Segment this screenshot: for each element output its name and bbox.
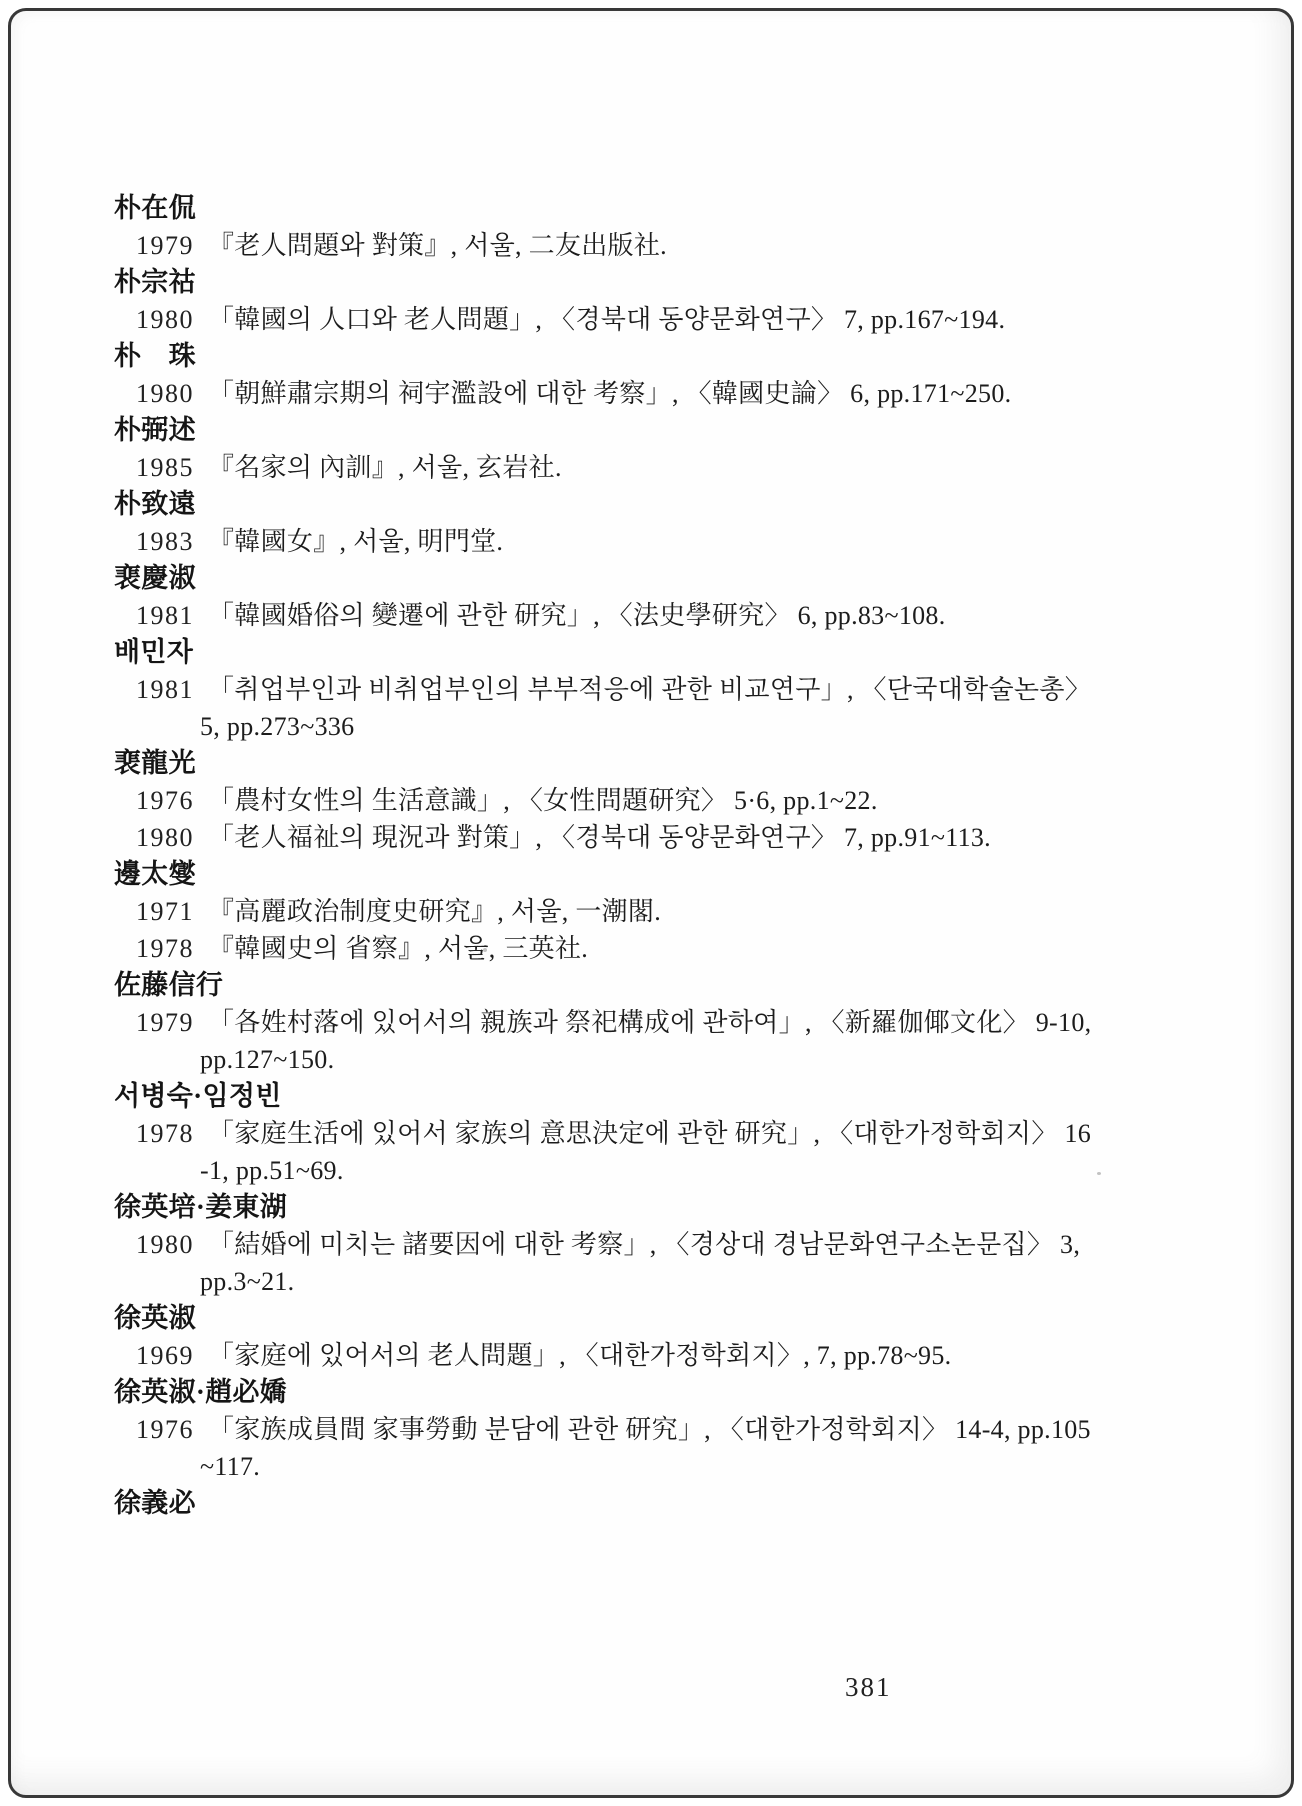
work-continuation-line: ~117. xyxy=(0,1448,1302,1485)
bibliography-entry: 朴在侃1979『老人問題와 對策』, 서울, 二友出版社. xyxy=(0,190,1302,264)
publication-year: 1979 xyxy=(136,1004,194,1041)
author-name: 朴在侃 xyxy=(0,190,1302,227)
publication-text: 「韓國婚俗의 變遷에 관한 研究」, 〈法史學研究〉 6, pp.83~108. xyxy=(208,601,946,630)
author-name: 徐英淑·趙必嬌 xyxy=(0,1374,1302,1411)
author-name: 朴宗祜 xyxy=(0,264,1302,301)
publication-text: 「老人福祉의 現況과 對策」, 〈경북대 동양문화연구〉 7, pp.91~11… xyxy=(208,823,991,852)
work-line: 1983『韓國女』, 서울, 明門堂. xyxy=(0,523,1302,560)
publication-text: 『老人問題와 對策』, 서울, 二友出版社. xyxy=(208,231,667,260)
publication-text-continued: 5, pp.273~336 xyxy=(200,712,354,741)
bibliography-entry: 徐義必 xyxy=(0,1485,1302,1522)
publication-text-continued: pp.3~21. xyxy=(200,1267,294,1296)
bibliography-entry: 朴 珠1980「朝鮮肅宗期의 祠宇濫設에 대한 考察」, 〈韓國史論〉 6, p… xyxy=(0,338,1302,412)
publication-text: 「韓國의 人口와 老人問題」, 〈경북대 동양문화연구〉 7, pp.167~1… xyxy=(208,305,1005,334)
work-line: 1978「家庭生活에 있어서 家族의 意思決定에 관한 研究」, 〈대한가정학회… xyxy=(0,1115,1302,1152)
work-continuation-line: -1, pp.51~69. xyxy=(0,1152,1302,1189)
publication-text: 「家庭生活에 있어서 家族의 意思決定에 관한 研究」, 〈대한가정학회지〉 1… xyxy=(208,1119,1091,1148)
publication-year: 1983 xyxy=(136,523,194,560)
publication-text: 「취업부인과 비취업부인의 부부적응에 관한 비교연구」, 〈단국대학술논총〉 xyxy=(208,675,1091,704)
work-line: 1981「취업부인과 비취업부인의 부부적응에 관한 비교연구」, 〈단국대학술… xyxy=(0,671,1302,708)
bibliography-entry: 裵慶淑1981「韓國婚俗의 變遷에 관한 研究」, 〈法史學研究〉 6, pp.… xyxy=(0,560,1302,634)
author-name: 裵慶淑 xyxy=(0,560,1302,597)
bibliography-entry: 朴弼述1985『名家의 內訓』, 서울, 玄岩社. xyxy=(0,412,1302,486)
work-line: 1976「農村女性의 生活意識」, 〈女性問題研究〉 5·6, pp.1~22. xyxy=(0,782,1302,819)
bibliography-entry: 裵龍光1976「農村女性의 生活意識」, 〈女性問題研究〉 5·6, pp.1~… xyxy=(0,745,1302,856)
work-line: 1981「韓國婚俗의 變遷에 관한 研究」, 〈法史學研究〉 6, pp.83~… xyxy=(0,597,1302,634)
publication-year: 1985 xyxy=(136,449,194,486)
publication-text: 「家族成員間 家事勞動 분담에 관한 研究」, 〈대한가정학회지〉 14-4, … xyxy=(208,1415,1091,1444)
work-line: 1979『老人問題와 對策』, 서울, 二友出版社. xyxy=(0,227,1302,264)
publication-text: 「結婚에 미치는 諸要因에 대한 考察」, 〈경상대 경남문화연구소논문집〉 3… xyxy=(208,1230,1080,1259)
bibliography-entry: 서병숙·임정빈1978「家庭生活에 있어서 家族의 意思決定에 관한 研究」, … xyxy=(0,1078,1302,1189)
publication-text-continued: -1, pp.51~69. xyxy=(200,1156,344,1185)
work-continuation-line: pp.127~150. xyxy=(0,1041,1302,1078)
author-name: 徐英培·姜東湖 xyxy=(0,1189,1302,1226)
author-name: 서병숙·임정빈 xyxy=(0,1078,1302,1115)
author-name: 朴致遠 xyxy=(0,486,1302,523)
work-line: 1969「家庭에 있어서의 老人問題」, 〈대한가정학회지〉, 7, pp.78… xyxy=(0,1337,1302,1374)
publication-year: 1981 xyxy=(136,671,194,708)
publication-year: 1979 xyxy=(136,227,194,264)
author-name: 배민자 xyxy=(0,634,1302,671)
publication-year: 1971 xyxy=(136,893,194,930)
bibliography-list: 朴在侃1979『老人問題와 對策』, 서울, 二友出版社.朴宗祜1980「韓國의… xyxy=(0,190,1302,1522)
work-line: 1985『名家의 內訓』, 서울, 玄岩社. xyxy=(0,449,1302,486)
publication-year: 1969 xyxy=(136,1337,194,1374)
publication-year: 1980 xyxy=(136,375,194,412)
bibliography-entry: 徐英培·姜東湖1980「結婚에 미치는 諸要因에 대한 考察」, 〈경상대 경남… xyxy=(0,1189,1302,1300)
work-continuation-line: pp.3~21. xyxy=(0,1263,1302,1300)
bibliography-entry: 朴宗祜1980「韓國의 人口와 老人問題」, 〈경북대 동양문화연구〉 7, p… xyxy=(0,264,1302,338)
author-name: 徐義必 xyxy=(0,1485,1302,1522)
author-name: 裵龍光 xyxy=(0,745,1302,782)
work-line: 1980「結婚에 미치는 諸要因에 대한 考察」, 〈경상대 경남문화연구소논문… xyxy=(0,1226,1302,1263)
publication-year: 1978 xyxy=(136,1115,194,1152)
publication-year: 1980 xyxy=(136,1226,194,1263)
author-name: 朴弼述 xyxy=(0,412,1302,449)
publication-text: 「農村女性의 生活意識」, 〈女性問題研究〉 5·6, pp.1~22. xyxy=(208,786,878,815)
publication-year: 1980 xyxy=(136,301,194,338)
publication-year: 1981 xyxy=(136,597,194,634)
bibliography-entry: 朴致遠1983『韓國女』, 서울, 明門堂. xyxy=(0,486,1302,560)
work-line: 1976「家族成員間 家事勞動 분담에 관한 研究」, 〈대한가정학회지〉 14… xyxy=(0,1411,1302,1448)
publication-text-continued: pp.127~150. xyxy=(200,1045,334,1074)
publication-text: 「朝鮮肅宗期의 祠宇濫設에 대한 考察」, 〈韓國史論〉 6, pp.171~2… xyxy=(208,379,1011,408)
work-line: 1980「老人福祉의 現況과 對策」, 〈경북대 동양문화연구〉 7, pp.9… xyxy=(0,819,1302,856)
bibliography-entry: 배민자1981「취업부인과 비취업부인의 부부적응에 관한 비교연구」, 〈단국… xyxy=(0,634,1302,745)
publication-text: 『韓國史의 省察』, 서울, 三英社. xyxy=(208,934,588,963)
bibliography-entry: 徐英淑1969「家庭에 있어서의 老人問題」, 〈대한가정학회지〉, 7, pp… xyxy=(0,1300,1302,1374)
publication-year: 1976 xyxy=(136,1411,194,1448)
bibliography-entry: 佐藤信行1979「各姓村落에 있어서의 親族과 祭祀構成에 관하여」, 〈新羅伽… xyxy=(0,967,1302,1078)
author-name: 朴 珠 xyxy=(0,338,1302,375)
author-name: 徐英淑 xyxy=(0,1300,1302,1337)
publication-text: 「家庭에 있어서의 老人問題」, 〈대한가정학회지〉, 7, pp.78~95. xyxy=(208,1341,951,1370)
work-line: 1978『韓國史의 省察』, 서울, 三英社. xyxy=(0,930,1302,967)
bibliography-entry: 邊太燮1971『高麗政治制度史研究』, 서울, 一潮閣.1978『韓國史의 省察… xyxy=(0,856,1302,967)
work-line: 1980「朝鮮肅宗期의 祠宇濫設에 대한 考察」, 〈韓國史論〉 6, pp.1… xyxy=(0,375,1302,412)
publication-text: 「各姓村落에 있어서의 親族과 祭祀構成에 관하여」, 〈新羅伽倻文化〉 9-1… xyxy=(208,1008,1091,1037)
author-name: 邊太燮 xyxy=(0,856,1302,893)
publication-text: 『韓國女』, 서울, 明門堂. xyxy=(208,527,503,556)
publication-text-continued: ~117. xyxy=(200,1452,260,1481)
publication-year: 1976 xyxy=(136,782,194,819)
publication-year: 1978 xyxy=(136,930,194,967)
page-number: 381 xyxy=(845,1672,892,1703)
work-line: 1979「各姓村落에 있어서의 親族과 祭祀構成에 관하여」, 〈新羅伽倻文化〉… xyxy=(0,1004,1302,1041)
publication-text: 『名家의 內訓』, 서울, 玄岩社. xyxy=(208,453,562,482)
work-continuation-line: 5, pp.273~336 xyxy=(0,708,1302,745)
bibliography-entry: 徐英淑·趙必嬌1976「家族成員間 家事勞動 분담에 관한 研究」, 〈대한가정… xyxy=(0,1374,1302,1485)
work-line: 1980「韓國의 人口와 老人問題」, 〈경북대 동양문화연구〉 7, pp.1… xyxy=(0,301,1302,338)
publication-year: 1980 xyxy=(136,819,194,856)
work-line: 1971『高麗政治制度史研究』, 서울, 一潮閣. xyxy=(0,893,1302,930)
publication-text: 『高麗政治制度史研究』, 서울, 一潮閣. xyxy=(208,897,661,926)
author-name: 佐藤信行 xyxy=(0,967,1302,1004)
